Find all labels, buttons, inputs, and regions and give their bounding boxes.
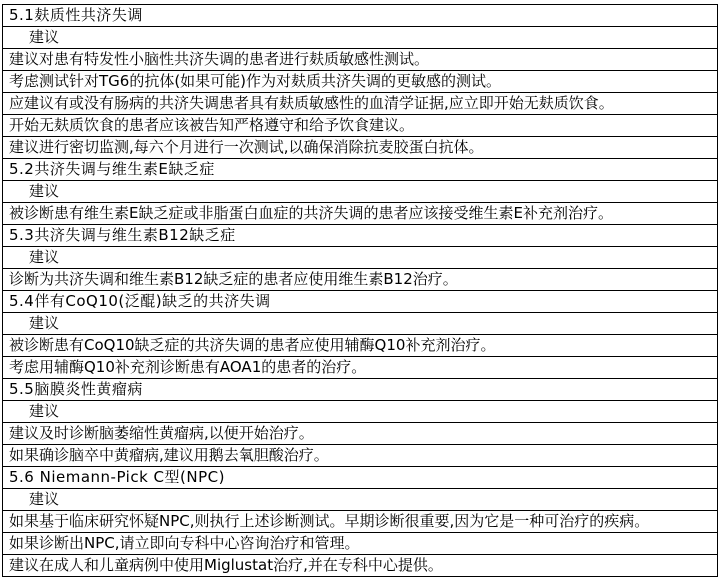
subheader-label: 建议 [29, 402, 59, 420]
recommendation-row: 被诊断患有CoQ10缺乏症的共济失调的患者应使用辅酶Q10补充剂治疗。 [3, 335, 717, 357]
recommendation-text: 建议在成人和儿童病例中使用Miglustat治疗,并在专科中心提供。 [9, 556, 443, 574]
subheader-row: 建议 [3, 247, 717, 269]
recommendation-text: 应建议有或没有肠病的共济失调患者具有麸质敏感性的血清学证据,应立即开始无麸质饮食… [9, 94, 614, 112]
recommendation-text: 如果诊断出NPC,请立即向专科中心咨询治疗和管理。 [9, 534, 360, 552]
recommendation-text: 开始无麸质饮食的患者应该被告知严格遵守和给予饮食建议。 [9, 116, 414, 134]
recommendation-row: 诊断为共济失调和维生素B12缺乏症的患者应使用维生素B12治疗。 [3, 269, 717, 291]
recommendation-row: 考虑用辅酶Q10补充剂诊断患有AOA1的患者的治疗。 [3, 357, 717, 379]
recommendation-row: 建议进行密切监测,每六个月进行一次测试,以确保消除抗麦胶蛋白抗体。 [3, 137, 717, 159]
recommendation-text: 考虑用辅酶Q10补充剂诊断患有AOA1的患者的治疗。 [9, 358, 366, 376]
section-title: 5.6 Niemann-Pick C型(NPC) [9, 468, 225, 486]
section-title: 5.1麸质性共济失调 [9, 6, 143, 24]
recommendation-text: 如果确诊脑卒中黄瘤病,建议用鹅去氧胆酸治疗。 [9, 446, 329, 464]
subheader-row: 建议 [3, 181, 717, 203]
recommendation-row: 建议及时诊断脑萎缩性黄瘤病,以便开始治疗。 [3, 423, 717, 445]
section-5-2: 5.2共济失调与维生素E缺乏症 [3, 159, 717, 181]
recommendation-row: 如果确诊脑卒中黄瘤病,建议用鹅去氧胆酸治疗。 [3, 445, 717, 467]
subheader-row: 建议 [3, 401, 717, 423]
subheader-row: 建议 [3, 489, 717, 511]
subheader-row: 建议 [3, 27, 717, 49]
recommendation-row: 建议对患有特发性小脑性共济失调的患者进行麸质敏感性测试。 [3, 49, 717, 71]
recommendation-text: 建议进行密切监测,每六个月进行一次测试,以确保消除抗麦胶蛋白抗体。 [9, 138, 484, 156]
recommendation-row: 建议在成人和儿童病例中使用Miglustat治疗,并在专科中心提供。 [3, 555, 717, 576]
subheader-label: 建议 [29, 182, 59, 200]
recommendation-text: 被诊断患有CoQ10缺乏症的共济失调的患者应使用辅酶Q10补充剂治疗。 [9, 336, 495, 354]
section-5-4: 5.4伴有CoQ10(泛醌)缺乏的共济失调 [3, 291, 717, 313]
recommendation-row: 考虑测试针对TG6的抗体(如果可能)作为对麸质共济失调的更敏感的测试。 [3, 71, 717, 93]
subheader-label: 建议 [29, 314, 59, 332]
section-5-1: 5.1麸质性共济失调 [3, 5, 717, 27]
section-title: 5.2共济失调与维生素E缺乏症 [9, 160, 215, 178]
recommendation-text: 建议及时诊断脑萎缩性黄瘤病,以便开始治疗。 [9, 424, 314, 442]
recommendation-row: 应建议有或没有肠病的共济失调患者具有麸质敏感性的血清学证据,应立即开始无麸质饮食… [3, 93, 717, 115]
section-title: 5.4伴有CoQ10(泛醌)缺乏的共济失调 [9, 292, 271, 310]
subheader-label: 建议 [29, 490, 59, 508]
recommendation-text: 建议对患有特发性小脑性共济失调的患者进行麸质敏感性测试。 [9, 50, 429, 68]
subheader-label: 建议 [29, 248, 59, 266]
subheader-label: 建议 [29, 28, 59, 46]
recommendation-row: 如果诊断出NPC,请立即向专科中心咨询治疗和管理。 [3, 533, 717, 555]
recommendation-text: 诊断为共济失调和维生素B12缺乏症的患者应使用维生素B12治疗。 [9, 270, 458, 288]
recommendation-row: 开始无麸质饮食的患者应该被告知严格遵守和给予饮食建议。 [3, 115, 717, 137]
recommendation-text: 考虑测试针对TG6的抗体(如果可能)作为对麸质共济失调的更敏感的测试。 [9, 72, 501, 90]
section-title: 5.5脑膜炎性黄瘤病 [9, 380, 143, 398]
section-title: 5.3共济失调与维生素B12缺乏症 [9, 226, 236, 244]
section-5-6: 5.6 Niemann-Pick C型(NPC) [3, 467, 717, 489]
recommendation-row: 被诊断患有维生素E缺乏症或非脂蛋白血症的共济失调的患者应该接受维生素E补充剂治疗… [3, 203, 717, 225]
recommendation-text: 被诊断患有维生素E缺乏症或非脂蛋白血症的共济失调的患者应该接受维生素E补充剂治疗… [9, 204, 613, 222]
recommendation-text: 如果基于临床研究怀疑NPC,则执行上述诊断测试。早期诊断很重要,因为它是一种可治… [9, 512, 649, 530]
section-5-3: 5.3共济失调与维生素B12缺乏症 [3, 225, 717, 247]
subheader-row: 建议 [3, 313, 717, 335]
section-5-5: 5.5脑膜炎性黄瘤病 [3, 379, 717, 401]
recommendation-row: 如果基于临床研究怀疑NPC,则执行上述诊断测试。早期诊断很重要,因为它是一种可治… [3, 511, 717, 533]
guideline-table: 5.1麸质性共济失调 建议 建议对患有特发性小脑性共济失调的患者进行麸质敏感性测… [2, 4, 718, 577]
